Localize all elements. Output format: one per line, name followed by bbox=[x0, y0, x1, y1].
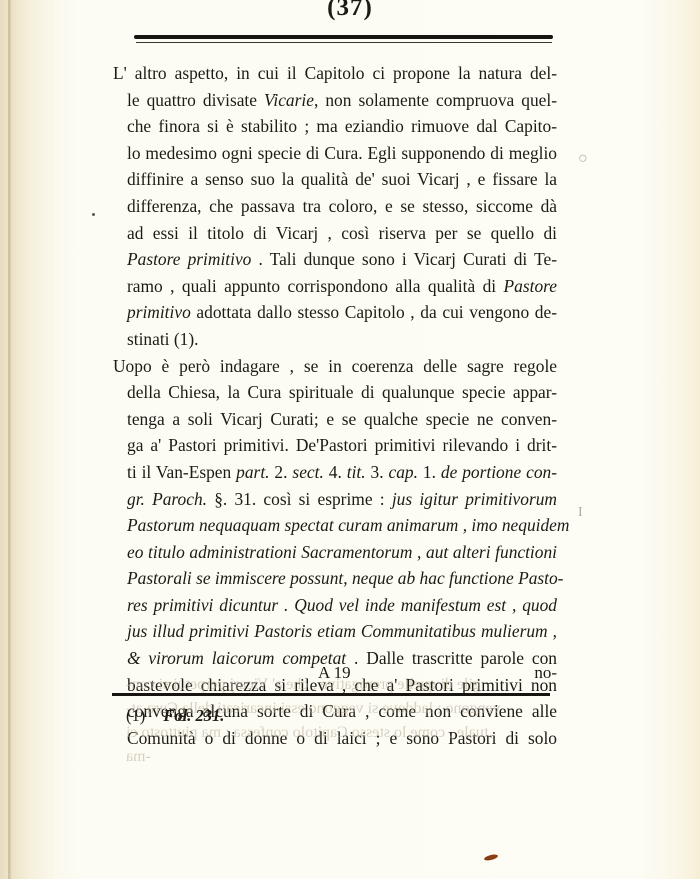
margin-circle-mark: ○ bbox=[578, 150, 588, 168]
text-line: ad essi il titolo di Vicarj , così riser… bbox=[113, 220, 557, 247]
body-text: L' altro aspetto, in cui il Capitolo ci … bbox=[113, 60, 557, 751]
italic-text: Pastore primitivo bbox=[127, 249, 251, 269]
catchword: no- bbox=[534, 663, 557, 683]
text-run: stinati (1). bbox=[127, 329, 198, 349]
italic-text: Pastore bbox=[504, 276, 557, 296]
text-line: gr. Paroch. §. 31. così si esprime : jus… bbox=[113, 486, 557, 513]
footnote-ref: (1) bbox=[126, 706, 145, 725]
text-run: ad essi il titolo di Vicarj , così riser… bbox=[127, 223, 557, 243]
text-line: della Chiesa, la Cura spirituale di qual… bbox=[113, 379, 557, 406]
book-gutter bbox=[8, 0, 10, 879]
text-run: lo medesimo ogni specie di Cura. Egli su… bbox=[127, 143, 557, 163]
text-run: §. 31. così si esprime : bbox=[207, 489, 392, 509]
footnote: (1) Fol. 231. bbox=[126, 706, 224, 726]
text-line: Pastore primitivo . Tali dunque sono i V… bbox=[113, 246, 557, 273]
text-line: Pastorum nequaquam spectat curam animaru… bbox=[113, 512, 557, 539]
italic-text: de portione con- bbox=[441, 462, 557, 482]
italic-text: sect. bbox=[292, 462, 323, 482]
text-run: ti il Van-Espen bbox=[127, 462, 236, 482]
text-run: 3. bbox=[366, 462, 389, 482]
margin-mark: I bbox=[578, 505, 583, 521]
text-run: ga a' Pastori primitivi. De'Pastori prim… bbox=[127, 435, 557, 455]
text-run: 2. bbox=[270, 462, 293, 482]
italic-text: primitivo bbox=[127, 302, 191, 322]
italic-text: Pastorali se immiscere possunt, neque ab… bbox=[127, 568, 563, 588]
text-run: 4. bbox=[324, 462, 347, 482]
text-line: stinati (1). bbox=[113, 326, 557, 353]
text-line: L' altro aspetto, in cui il Capitolo ci … bbox=[113, 60, 557, 87]
text-run: tenga a soli Vicarj Curati; e se qualche… bbox=[127, 409, 557, 429]
italic-text: jus illud primitivi Pastoris etiam Commu… bbox=[127, 621, 557, 641]
text-line: le quattro divisate Vicarie, non solamen… bbox=[113, 87, 557, 114]
text-run: , non solamente compruova quel- bbox=[314, 90, 557, 110]
italic-text: part. bbox=[236, 462, 269, 482]
text-line: jus illud primitivi Pastoris etiam Commu… bbox=[113, 618, 557, 645]
italic-text: jus igitur primitivorum bbox=[392, 489, 557, 509]
show-through-text: -ma bbox=[126, 748, 151, 766]
text-line: che finora si è stabilito ; ma eziandio … bbox=[113, 113, 557, 140]
italic-text: res primitivi dicuntur . Quod vel inde m… bbox=[127, 595, 557, 615]
text-run: diffinire a senso suo la qualità de' suo… bbox=[127, 169, 557, 189]
show-through-text: tuale , come lo stesso Capitolo confessa… bbox=[126, 724, 488, 742]
footnote-text: Fol. 231. bbox=[163, 706, 224, 725]
italic-text: gr. Paroch. bbox=[127, 489, 207, 509]
text-line: differenza, che passava tra coloro, e se… bbox=[113, 193, 557, 220]
italic-text: Pastorum nequaquam spectat curam animaru… bbox=[127, 515, 569, 535]
ink-dot bbox=[92, 213, 95, 216]
text-line: ti il Van-Espen part. 2. sect. 4. tit. 3… bbox=[113, 459, 557, 486]
text-line: res primitivi dicuntur . Quod vel inde m… bbox=[113, 592, 557, 619]
italic-text: Vicarie bbox=[264, 90, 314, 110]
header-rule bbox=[134, 35, 553, 39]
text-line: diffinire a senso suo la qualità de' suo… bbox=[113, 166, 557, 193]
italic-text: cap. bbox=[389, 462, 418, 482]
text-line: primitivo adottata dallo stesso Capitolo… bbox=[113, 299, 557, 326]
page-number: (37) bbox=[0, 0, 700, 22]
text-run: adottata dallo stesso Capitolo , da cui … bbox=[191, 302, 557, 322]
italic-text: tit. bbox=[347, 462, 366, 482]
text-run: Uopo è però indagare , se in coerenza de… bbox=[113, 356, 557, 376]
text-line: lo medesimo ogni specie di Cura. Egli su… bbox=[113, 140, 557, 167]
text-run: differenza, che passava tra coloro, e se… bbox=[127, 196, 557, 216]
text-line: eo titulo administrationi Sacramentorum … bbox=[113, 539, 557, 566]
text-run: . Tali dunque sono i Vicarj Curati di Te… bbox=[251, 249, 557, 269]
text-run: della Chiesa, la Cura spirituale di qual… bbox=[127, 382, 557, 402]
italic-text: eo titulo administrationi Sacramentorum … bbox=[127, 542, 557, 562]
text-run: 1. bbox=[418, 462, 441, 482]
text-line: tenga a soli Vicarj Curati; e se qualche… bbox=[113, 406, 557, 433]
text-run: le quattro divisate bbox=[127, 90, 264, 110]
text-line: ramo , quali appunto corrispondono alla … bbox=[113, 273, 557, 300]
text-line: Uopo è però indagare , se in coerenza de… bbox=[113, 353, 557, 380]
text-run: L' altro aspetto, in cui il Capitolo ci … bbox=[113, 63, 557, 83]
show-through-text: gile di quelle prerogative , che a' Vica… bbox=[126, 676, 481, 694]
text-line: Pastorali se immiscere possunt, neque ab… bbox=[113, 565, 557, 592]
text-run: che finora si è stabilito ; ma eziandio … bbox=[127, 116, 557, 136]
text-run: ramo , quali appunto corrispondono alla … bbox=[127, 276, 504, 296]
header-rule-thin bbox=[136, 42, 552, 43]
text-line: ga a' Pastori primitivi. De'Pastori prim… bbox=[113, 432, 557, 459]
